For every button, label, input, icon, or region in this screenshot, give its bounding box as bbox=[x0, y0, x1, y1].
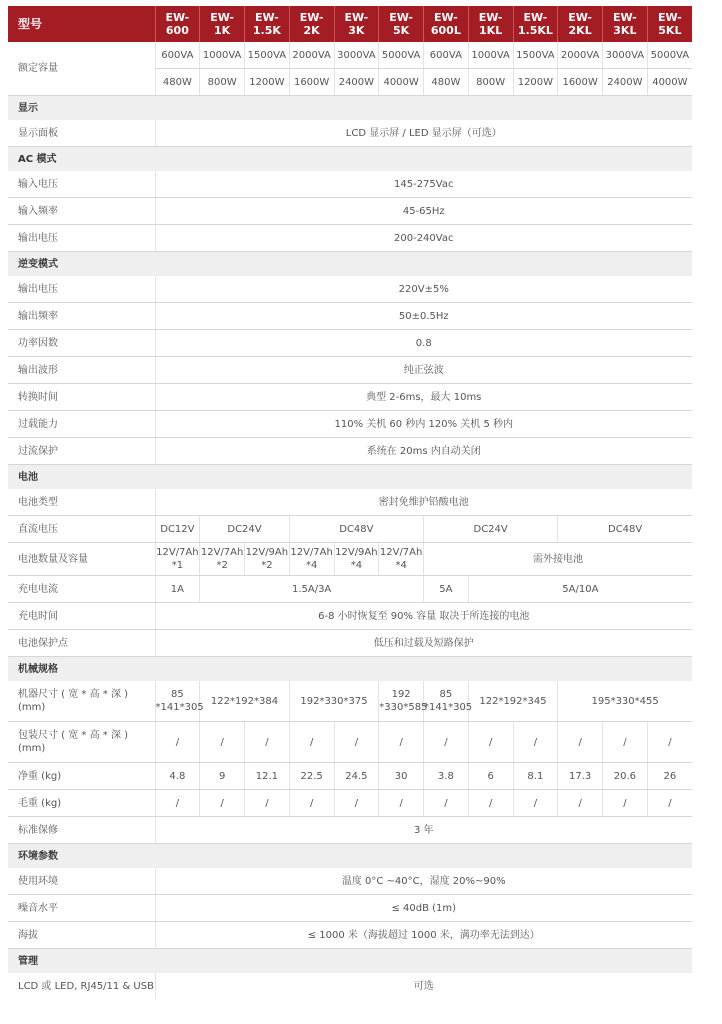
spec-label: 毛重 (kg) bbox=[8, 790, 155, 817]
capacity-va: 1000VA bbox=[200, 42, 245, 69]
capacity-w: 2400W bbox=[334, 69, 379, 96]
package-size-cell: / bbox=[334, 722, 379, 763]
spec-label: 噪音水平 bbox=[8, 895, 155, 922]
model-ew-1k: EW- 1K bbox=[200, 6, 245, 42]
net-weight-cell: 30 bbox=[379, 763, 424, 790]
machine-size-row: 机器尺寸 ( 宽 * 高 * 深 )(mm) 85 *141*305 122*1… bbox=[8, 681, 692, 722]
spec-row: 输出电压220V±5% bbox=[8, 276, 692, 303]
spec-label: 直流电压 bbox=[8, 516, 155, 543]
net-weight-cell: 6 bbox=[468, 763, 513, 790]
model-ew-5k: EW- 5K bbox=[379, 6, 424, 42]
net-weight-cell: 17.3 bbox=[558, 763, 603, 790]
model-ew-1kl: EW- 1KL bbox=[468, 6, 513, 42]
machine-size-cell: 85 *141*305 bbox=[155, 681, 200, 722]
spec-value: 145-275Vac bbox=[155, 171, 692, 198]
model-ew-600l: EW- 600L bbox=[424, 6, 469, 42]
gross-weight-cell: / bbox=[200, 790, 245, 817]
net-weight-cell: 4.8 bbox=[155, 763, 200, 790]
spec-label: 过载能力 bbox=[8, 411, 155, 438]
charge-current-row: 充电电流 1A 1.5A/3A 5A 5A/10A bbox=[8, 576, 692, 603]
capacity-w: 480W bbox=[155, 69, 200, 96]
package-size-cell: / bbox=[245, 722, 290, 763]
spec-value: 220V±5% bbox=[155, 276, 692, 303]
machine-size-cell: 122*192*384 bbox=[200, 681, 290, 722]
capacity-va-row: 额定容量 600VA 1000VA 1500VA 2000VA 3000VA 5… bbox=[8, 42, 692, 69]
spec-value: 45-65Hz bbox=[155, 198, 692, 225]
machine-size-cell: 192 *330*585 bbox=[379, 681, 424, 722]
section-management: 管理 bbox=[8, 949, 692, 974]
battery-qty-row: 电池数量及容量 12V/7Ah *1 12V/7Ah *2 12V/9Ah *2… bbox=[8, 543, 692, 576]
capacity-va: 3000VA bbox=[603, 42, 648, 69]
package-size-cell: / bbox=[200, 722, 245, 763]
capacity-w: 4000W bbox=[379, 69, 424, 96]
net-weight-cell: 9 bbox=[200, 763, 245, 790]
section-title: 显示 bbox=[8, 96, 692, 121]
net-weight-cell: 26 bbox=[647, 763, 692, 790]
capacity-va: 3000VA bbox=[334, 42, 379, 69]
capacity-va: 600VA bbox=[155, 42, 200, 69]
package-size-cell: / bbox=[155, 722, 200, 763]
gross-weight-cell: / bbox=[647, 790, 692, 817]
capacity-w: 800W bbox=[468, 69, 513, 96]
model-header-row: 型号 EW- 600 EW- 1K EW- 1.5K EW- 2K EW- 3K… bbox=[8, 6, 692, 42]
gross-weight-cell: / bbox=[155, 790, 200, 817]
spec-label: 电池数量及容量 bbox=[8, 543, 155, 576]
section-inverter-mode: 逆变模式 bbox=[8, 252, 692, 277]
package-size-cell: / bbox=[424, 722, 469, 763]
battery-qty-cell: 12V/7Ah *2 bbox=[200, 543, 245, 576]
spec-row: 充电时间6-8 小时恢复至 90% 容量 取决于所连接的电池 bbox=[8, 603, 692, 630]
capacity-w: 1600W bbox=[289, 69, 334, 96]
gross-weight-cell: / bbox=[289, 790, 334, 817]
dc-voltage-cell: DC24V bbox=[424, 516, 558, 543]
model-ew-3kl: EW- 3KL bbox=[603, 6, 648, 42]
spec-label: 使用环境 bbox=[8, 868, 155, 895]
dc-voltage-cell: DC24V bbox=[200, 516, 290, 543]
spec-value: LCD 显示屏 / LED 显示屏（可选） bbox=[155, 120, 692, 147]
net-weight-cell: 8.1 bbox=[513, 763, 558, 790]
charge-current-cell: 5A/10A bbox=[468, 576, 692, 603]
spec-row: 过流保护系统在 20ms 内自动关闭 bbox=[8, 438, 692, 465]
gross-weight-cell: / bbox=[513, 790, 558, 817]
spec-value: ≤ 1000 米（海拔超过 1000 米，满功率无法到达） bbox=[155, 922, 692, 949]
model-ew-2kl: EW- 2KL bbox=[558, 6, 603, 42]
net-weight-cell: 24.5 bbox=[334, 763, 379, 790]
spec-label: 输出频率 bbox=[8, 303, 155, 330]
gross-weight-cell: / bbox=[379, 790, 424, 817]
section-battery: 电池 bbox=[8, 465, 692, 490]
section-display: 显示 bbox=[8, 96, 692, 121]
spec-label: 电池类型 bbox=[8, 489, 155, 516]
spec-value: 200-240Vac bbox=[155, 225, 692, 252]
spec-value: 密封免维护铅酸电池 bbox=[155, 489, 692, 516]
package-size-cell: / bbox=[379, 722, 424, 763]
model-ew-1-5k: EW- 1.5K bbox=[245, 6, 290, 42]
battery-qty-cell: 12V/7Ah *4 bbox=[289, 543, 334, 576]
spec-value: 系统在 20ms 内自动关闭 bbox=[155, 438, 692, 465]
capacity-w: 1200W bbox=[513, 69, 558, 96]
capacity-va: 2000VA bbox=[558, 42, 603, 69]
spec-row: 海拔≤ 1000 米（海拔超过 1000 米，满功率无法到达） bbox=[8, 922, 692, 949]
section-title: 环境参数 bbox=[8, 844, 692, 869]
spec-row: 输出电压200-240Vac bbox=[8, 225, 692, 252]
capacity-va: 1000VA bbox=[468, 42, 513, 69]
spec-row: 输入频率45-65Hz bbox=[8, 198, 692, 225]
spec-label: 输入频率 bbox=[8, 198, 155, 225]
spec-label: 标准保修 bbox=[8, 817, 155, 844]
model-ew-3k: EW- 3K bbox=[334, 6, 379, 42]
battery-qty-cell: 12V/7Ah *1 bbox=[155, 543, 200, 576]
capacity-w: 1200W bbox=[245, 69, 290, 96]
ups-spec-table: 型号 EW- 600 EW- 1K EW- 1.5K EW- 2K EW- 3K… bbox=[8, 6, 692, 999]
gross-weight-cell: / bbox=[245, 790, 290, 817]
model-ew-5kl: EW- 5KL bbox=[647, 6, 692, 42]
spec-row: 电池类型密封免维护铅酸电池 bbox=[8, 489, 692, 516]
section-title: AC 模式 bbox=[8, 147, 692, 172]
spec-value: 6-8 小时恢复至 90% 容量 取决于所连接的电池 bbox=[155, 603, 692, 630]
spec-label: 显示面板 bbox=[8, 120, 155, 147]
capacity-w: 2400W bbox=[603, 69, 648, 96]
spec-label: 输出电压 bbox=[8, 225, 155, 252]
section-title: 逆变模式 bbox=[8, 252, 692, 277]
package-size-cell: / bbox=[647, 722, 692, 763]
package-size-cell: / bbox=[468, 722, 513, 763]
capacity-va: 2000VA bbox=[289, 42, 334, 69]
spec-label: LCD 或 LED, RJ45/11 & USB bbox=[8, 973, 155, 999]
spec-value: 纯正弦波 bbox=[155, 357, 692, 384]
spec-label: 过流保护 bbox=[8, 438, 155, 465]
spec-row: 噪音水平≤ 40dB (1m) bbox=[8, 895, 692, 922]
net-weight-cell: 12.1 bbox=[245, 763, 290, 790]
capacity-w: 4000W bbox=[647, 69, 692, 96]
spec-label: 电池保护点 bbox=[8, 630, 155, 657]
charge-current-cell: 1A bbox=[155, 576, 200, 603]
spec-row: 显示面板 LCD 显示屏 / LED 显示屏（可选） bbox=[8, 120, 692, 147]
spec-value: 温度 0°C ~40°C，湿度 20%~90% bbox=[155, 868, 692, 895]
spec-label: 净重 (kg) bbox=[8, 763, 155, 790]
spec-label: 转换时间 bbox=[8, 384, 155, 411]
net-weight-cell: 22.5 bbox=[289, 763, 334, 790]
model-ew-2k: EW- 2K bbox=[289, 6, 334, 42]
section-title: 电池 bbox=[8, 465, 692, 490]
spec-label: 海拔 bbox=[8, 922, 155, 949]
machine-size-cell: 192*330*375 bbox=[289, 681, 379, 722]
gross-weight-cell: / bbox=[468, 790, 513, 817]
spec-row: LCD 或 LED, RJ45/11 & USB可选 bbox=[8, 973, 692, 999]
capacity-w: 800W bbox=[200, 69, 245, 96]
net-weight-cell: 3.8 bbox=[424, 763, 469, 790]
spec-row: 电池保护点低压和过载及短路保护 bbox=[8, 630, 692, 657]
package-size-row: 包装尺寸 ( 宽 * 高 * 深 )(mm) / / / / / / / / /… bbox=[8, 722, 692, 763]
capacity-w: 480W bbox=[424, 69, 469, 96]
section-ac-mode: AC 模式 bbox=[8, 147, 692, 172]
capacity-va: 5000VA bbox=[379, 42, 424, 69]
capacity-va: 1500VA bbox=[245, 42, 290, 69]
spec-label: 输出波形 bbox=[8, 357, 155, 384]
spec-label: 输出电压 bbox=[8, 276, 155, 303]
capacity-label: 额定容量 bbox=[8, 42, 155, 96]
spec-label: 包装尺寸 ( 宽 * 高 * 深 )(mm) bbox=[8, 722, 155, 763]
gross-weight-row: 毛重 (kg) / / / / / / / / / / / / bbox=[8, 790, 692, 817]
spec-row: 使用环境温度 0°C ~40°C，湿度 20%~90% bbox=[8, 868, 692, 895]
package-size-cell: / bbox=[603, 722, 648, 763]
section-mechanical: 机械规格 bbox=[8, 657, 692, 682]
gross-weight-cell: / bbox=[558, 790, 603, 817]
net-weight-row: 净重 (kg) 4.8 9 12.1 22.5 24.5 30 3.8 6 8.… bbox=[8, 763, 692, 790]
spec-value: 3 年 bbox=[155, 817, 692, 844]
model-ew-600: EW- 600 bbox=[155, 6, 200, 42]
dc-voltage-row: 直流电压 DC12V DC24V DC48V DC24V DC48V bbox=[8, 516, 692, 543]
spec-label: 输入电压 bbox=[8, 171, 155, 198]
battery-qty-cell: 12V/7Ah *4 bbox=[379, 543, 424, 576]
spec-value: 110% 关机 60 秒内 120% 关机 5 秒内 bbox=[155, 411, 692, 438]
net-weight-cell: 20.6 bbox=[603, 763, 648, 790]
charge-current-cell: 5A bbox=[424, 576, 469, 603]
machine-size-cell: 85 *141*305 bbox=[424, 681, 469, 722]
capacity-va: 1500VA bbox=[513, 42, 558, 69]
spec-row: 转换时间典型 2-6ms，最大 10ms bbox=[8, 384, 692, 411]
spec-value: 低压和过载及短路保护 bbox=[155, 630, 692, 657]
spec-row: 标准保修3 年 bbox=[8, 817, 692, 844]
spec-label: 充电时间 bbox=[8, 603, 155, 630]
spec-value: 典型 2-6ms，最大 10ms bbox=[155, 384, 692, 411]
dc-voltage-cell: DC12V bbox=[155, 516, 200, 543]
spec-row: 输入电压145-275Vac bbox=[8, 171, 692, 198]
gross-weight-cell: / bbox=[334, 790, 379, 817]
capacity-va: 600VA bbox=[424, 42, 469, 69]
model-ew-1-5kl: EW- 1.5KL bbox=[513, 6, 558, 42]
model-header-label: 型号 bbox=[8, 6, 155, 42]
dc-voltage-cell: DC48V bbox=[558, 516, 692, 543]
battery-qty-cell: 需外接电池 bbox=[424, 543, 693, 576]
spec-value: 0.8 bbox=[155, 330, 692, 357]
section-title: 机械规格 bbox=[8, 657, 692, 682]
package-size-cell: / bbox=[558, 722, 603, 763]
spec-row: 过载能力110% 关机 60 秒内 120% 关机 5 秒内 bbox=[8, 411, 692, 438]
gross-weight-cell: / bbox=[603, 790, 648, 817]
dc-voltage-cell: DC48V bbox=[289, 516, 423, 543]
machine-size-cell: 122*192*345 bbox=[468, 681, 558, 722]
spec-label: 充电电流 bbox=[8, 576, 155, 603]
spec-label: 功率因数 bbox=[8, 330, 155, 357]
machine-size-cell: 195*330*455 bbox=[558, 681, 692, 722]
spec-row: 输出频率50±0.5Hz bbox=[8, 303, 692, 330]
spec-label: 机器尺寸 ( 宽 * 高 * 深 )(mm) bbox=[8, 681, 155, 722]
spec-row: 输出波形纯正弦波 bbox=[8, 357, 692, 384]
gross-weight-cell: / bbox=[424, 790, 469, 817]
section-environment: 环境参数 bbox=[8, 844, 692, 869]
package-size-cell: / bbox=[289, 722, 334, 763]
spec-value: ≤ 40dB (1m) bbox=[155, 895, 692, 922]
spec-value: 可选 bbox=[155, 973, 692, 999]
battery-qty-cell: 12V/9Ah *4 bbox=[334, 543, 379, 576]
package-size-cell: / bbox=[513, 722, 558, 763]
spec-value: 50±0.5Hz bbox=[155, 303, 692, 330]
capacity-va: 5000VA bbox=[647, 42, 692, 69]
section-title: 管理 bbox=[8, 949, 692, 974]
charge-current-cell: 1.5A/3A bbox=[200, 576, 424, 603]
spec-row: 功率因数0.8 bbox=[8, 330, 692, 357]
capacity-w: 1600W bbox=[558, 69, 603, 96]
battery-qty-cell: 12V/9Ah *2 bbox=[245, 543, 290, 576]
